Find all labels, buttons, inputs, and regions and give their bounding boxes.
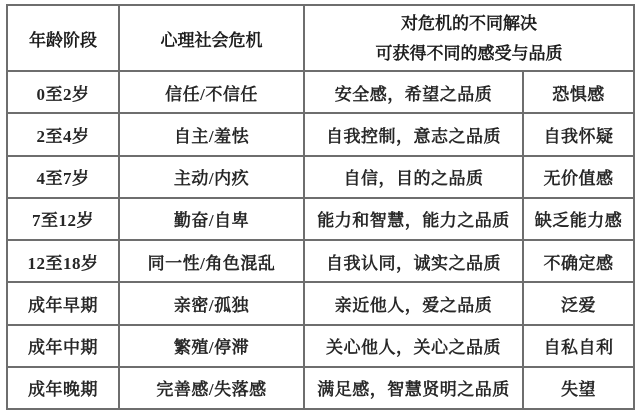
- table-row: 12至18岁 同一性/角色混乱 自我认同，诚实之品质 不确定感: [7, 240, 634, 282]
- resolution-cell: 能力和智慧，能力之品质: [304, 198, 523, 240]
- crisis-cell: 主动/内疚: [119, 156, 304, 198]
- header-row: 年龄阶段 心理社会危机 对危机的不同解决 可获得不同的感受与品质: [7, 5, 634, 71]
- resolution-cell: 满足感，智慧贤明之品质: [304, 367, 523, 409]
- crisis-cell: 亲密/孤独: [119, 282, 304, 324]
- header-age: 年龄阶段: [7, 5, 119, 71]
- psychosocial-stages-table: 年龄阶段 心理社会危机 对危机的不同解决 可获得不同的感受与品质 0至2岁 信任…: [6, 4, 635, 410]
- outcome-cell: 自我怀疑: [523, 113, 634, 155]
- outcome-cell: 自私自利: [523, 325, 634, 367]
- outcome-cell: 泛爱: [523, 282, 634, 324]
- table-row: 4至7岁 主动/内疚 自信，目的之品质 无价值感: [7, 156, 634, 198]
- crisis-cell: 勤奋/自卑: [119, 198, 304, 240]
- age-cell: 成年中期: [7, 325, 119, 367]
- crisis-cell: 自主/羞怯: [119, 113, 304, 155]
- resolution-cell: 亲近他人，爱之品质: [304, 282, 523, 324]
- outcome-cell: 无价值感: [523, 156, 634, 198]
- age-cell: 成年早期: [7, 282, 119, 324]
- header-resolution-line2: 可获得不同的感受与品质: [309, 45, 629, 62]
- age-cell: 成年晚期: [7, 367, 119, 409]
- age-cell: 7至12岁: [7, 198, 119, 240]
- resolution-cell: 自我认同，诚实之品质: [304, 240, 523, 282]
- resolution-cell: 自我控制，意志之品质: [304, 113, 523, 155]
- table-row: 2至4岁 自主/羞怯 自我控制，意志之品质 自我怀疑: [7, 113, 634, 155]
- header-resolution-line1: 对危机的不同解决: [309, 15, 629, 32]
- header-resolution: 对危机的不同解决 可获得不同的感受与品质: [304, 5, 634, 71]
- crisis-cell: 同一性/角色混乱: [119, 240, 304, 282]
- age-cell: 2至4岁: [7, 113, 119, 155]
- resolution-cell: 安全感，希望之品质: [304, 71, 523, 113]
- age-cell: 0至2岁: [7, 71, 119, 113]
- outcome-cell: 不确定感: [523, 240, 634, 282]
- age-cell: 4至7岁: [7, 156, 119, 198]
- age-cell: 12至18岁: [7, 240, 119, 282]
- crisis-cell: 信任/不信任: [119, 71, 304, 113]
- table-row: 0至2岁 信任/不信任 安全感，希望之品质 恐惧感: [7, 71, 634, 113]
- table-row: 7至12岁 勤奋/自卑 能力和智慧，能力之品质 缺乏能力感: [7, 198, 634, 240]
- crisis-cell: 繁殖/停滞: [119, 325, 304, 367]
- resolution-cell: 关心他人，关心之品质: [304, 325, 523, 367]
- resolution-cell: 自信，目的之品质: [304, 156, 523, 198]
- table-row: 成年中期 繁殖/停滞 关心他人，关心之品质 自私自利: [7, 325, 634, 367]
- crisis-cell: 完善感/失落感: [119, 367, 304, 409]
- outcome-cell: 恐惧感: [523, 71, 634, 113]
- header-crisis: 心理社会危机: [119, 5, 304, 71]
- outcome-cell: 失望: [523, 367, 634, 409]
- table-row: 成年晚期 完善感/失落感 满足感，智慧贤明之品质 失望: [7, 367, 634, 409]
- outcome-cell: 缺乏能力感: [523, 198, 634, 240]
- table-row: 成年早期 亲密/孤独 亲近他人，爱之品质 泛爱: [7, 282, 634, 324]
